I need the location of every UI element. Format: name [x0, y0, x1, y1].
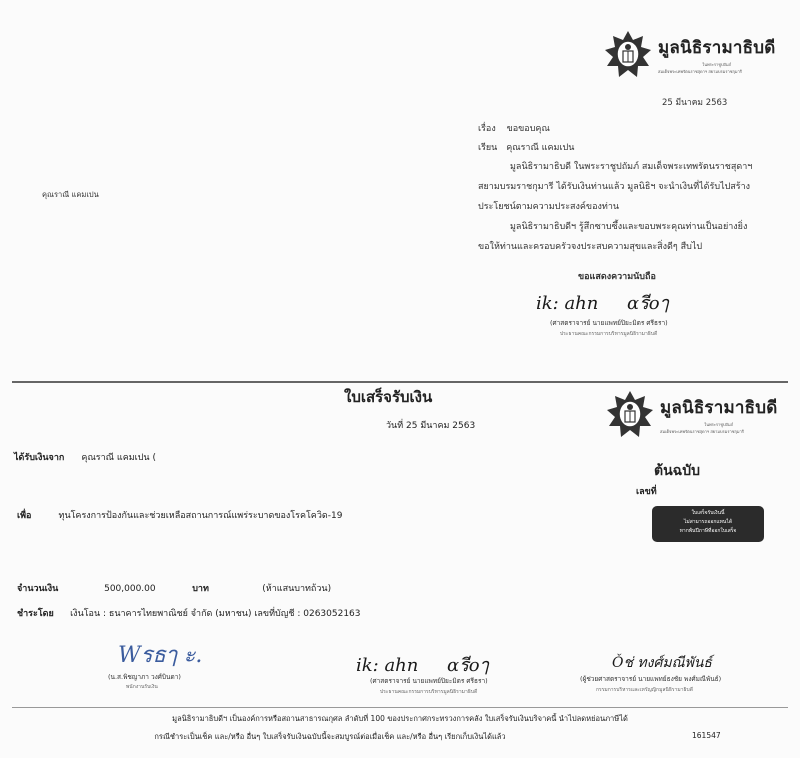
footer-divider [12, 707, 788, 708]
amount-value: 500,000.00 [104, 584, 187, 594]
receipt-serial: 161547 [692, 731, 721, 740]
to-text: คุณราณี แคมเปน [506, 143, 574, 153]
amount-words: (ห้าแสนบาทถ้วน) [262, 584, 331, 594]
currency-label: บาท [192, 581, 257, 595]
received-from-row: ได้รับเงินจาก คุณราณี แคมเปน ( [14, 445, 156, 464]
chairman-name: (ศาสตราจารย์ นายแพทย์ปิยะมิตร ศรีธรา) [370, 676, 488, 686]
purpose-value: ทุนโครงการป้องกันและช่วยเหลือสถานการณ์แพ… [59, 511, 343, 521]
received-from-label: ได้รับเงินจาก [14, 453, 64, 463]
receipt-org-sub1: ในพระราชูปถัมภ์ [660, 421, 777, 428]
copy-label: ต้นฉบับ [654, 460, 700, 482]
notice-line-1: ใบเสร็จรับเงินนี้ [652, 509, 764, 518]
letter-signer-name: (ศาสตราจารย์ นายแพทย์ปิยะมิตร ศรีธรา) [550, 318, 668, 328]
foundation-emblem-icon [604, 30, 652, 78]
receipt-foundation-logo: มูลนิธิรามาธิบดี ในพระราชูปถัมภ์ สมเด็จพ… [606, 390, 777, 438]
section-divider [12, 381, 788, 383]
receipt-emblem-icon [606, 390, 654, 438]
body-line-5: ขอให้ท่านและครอบครัวจงประสบความสุขและสิ่… [478, 238, 702, 257]
body-line-2: สยามบรมราชกุมารี ได้รับเงินท่านแล้ว มูลน… [478, 178, 750, 197]
org-sub1: ในพระราชูปถัมภ์ [658, 61, 775, 68]
subject-line: เรื่อง ขอขอบคุณ [478, 120, 550, 139]
to-line: เรียน คุณราณี แคมเปน [478, 139, 574, 158]
treasurer-name: (ผู้ช่วยศาสตราจารย์ นายแพทย์ธงชัย พงศ์มณ… [580, 674, 721, 684]
to-label: เรียน [478, 143, 497, 153]
payment-value: เงินโอน : ธนาคารไทยพาณิชย์ จำกัด (มหาชน)… [70, 609, 360, 619]
closing: ขอแสดงความนับถือ [578, 268, 656, 287]
footer-line-2: กรณีชำระเป็นเช็ค และ/หรือ อื่นๆ ใบเสร็จร… [0, 731, 660, 743]
payment-label: ชำระโดย [17, 606, 65, 620]
notice-line-2: ไม่สามารถออกแทนได้ [652, 518, 764, 527]
chairman-signature: ik: ahn ɑรีoๅ [356, 650, 488, 679]
subject-text: ขอขอบคุณ [507, 124, 550, 134]
receipt-org-name: มูลนิธิรามาธิบดี [660, 394, 777, 421]
body-line-3: ประโยชน์ตามความประสงค์ของท่าน [478, 198, 619, 217]
received-from-value: คุณราณี แคมเปน ( [81, 453, 156, 463]
amount-label: จำนวนเงิน [17, 581, 99, 595]
receipt-org-sub2: สมเด็จพระเทพรัตนราชสุดาฯ สยามบรมราชกุมาร… [660, 428, 777, 435]
org-sub2: สมเด็จพระเทพรัตนราชสุดาฯ สยามบรมราชกุมาร… [658, 68, 775, 75]
foundation-logo: มูลนิธิรามาธิบดี ในพระราชูปถัมภ์ สมเด็จพ… [604, 30, 775, 78]
cashier-signature: Wรธๅ ะ. [118, 637, 202, 672]
letter-date: 25 มีนาคม 2563 [662, 94, 727, 113]
receipt-date: วันที่ 25 มีนาคม 2563 [386, 418, 475, 432]
letter-signature: ik: ahn ɑรีoๅ [536, 288, 668, 317]
subject-label: เรื่อง [478, 124, 496, 134]
body-line-1: มูลนิธิรามาธิบดี ในพระราชูปถัมภ์ สมเด็จพ… [510, 158, 752, 177]
body-line-4: มูลนิธิรามาธิบดีฯ รู้สึกซาบซึ้งและขอบพระ… [510, 218, 747, 237]
recipient-side-name: คุณราณี แคมเปน [42, 185, 99, 204]
footer-line-1: มูลนิธิรามาธิบดีฯ เป็นองค์การหรือสถานสาธ… [0, 713, 800, 725]
purpose-row: เพื่อ ทุนโครงการป้องกันและช่วยเหลือสถานก… [17, 503, 342, 522]
payment-row: ชำระโดย เงินโอน : ธนาคารไทยพาณิชย์ จำกัด… [17, 601, 361, 620]
notice-line-3: หากพ้นปีภาษีที่ออกใบเสร็จ [652, 527, 764, 536]
letter-signer-title: ประธานคณะกรรมการบริหารมูลนิธิรามาธิบดี [560, 330, 657, 338]
receipt-title: ใบเสร็จรับเงิน [344, 385, 432, 409]
receipt-notice-badge: ใบเสร็จรับเงินนี้ ไม่สามารถออกแทนได้ หาก… [652, 506, 764, 542]
cashier-name: (น.ส.พิชญาภา วงศ์บินดา) [108, 672, 181, 682]
purpose-label: เพื่อ [17, 511, 31, 521]
cashier-title: พนักงานรับเงิน [126, 683, 158, 691]
treasurer-signature: Ǒช่ ทงศ์มณีพันธ์ [612, 652, 712, 674]
amount-row: จำนวนเงิน 500,000.00 บาท (ห้าแสนบาทถ้วน) [17, 576, 331, 595]
chairman-title: ประธานคณะกรรมการบริหารมูลนิธิรามาธิบดี [380, 688, 477, 696]
number-label: เลขที่ [636, 484, 657, 498]
treasurer-title: กรรมการบริหารและเหรัญญิกมูลนิธิรามาธิบดี [596, 686, 693, 694]
org-name: มูลนิธิรามาธิบดี [658, 34, 775, 61]
